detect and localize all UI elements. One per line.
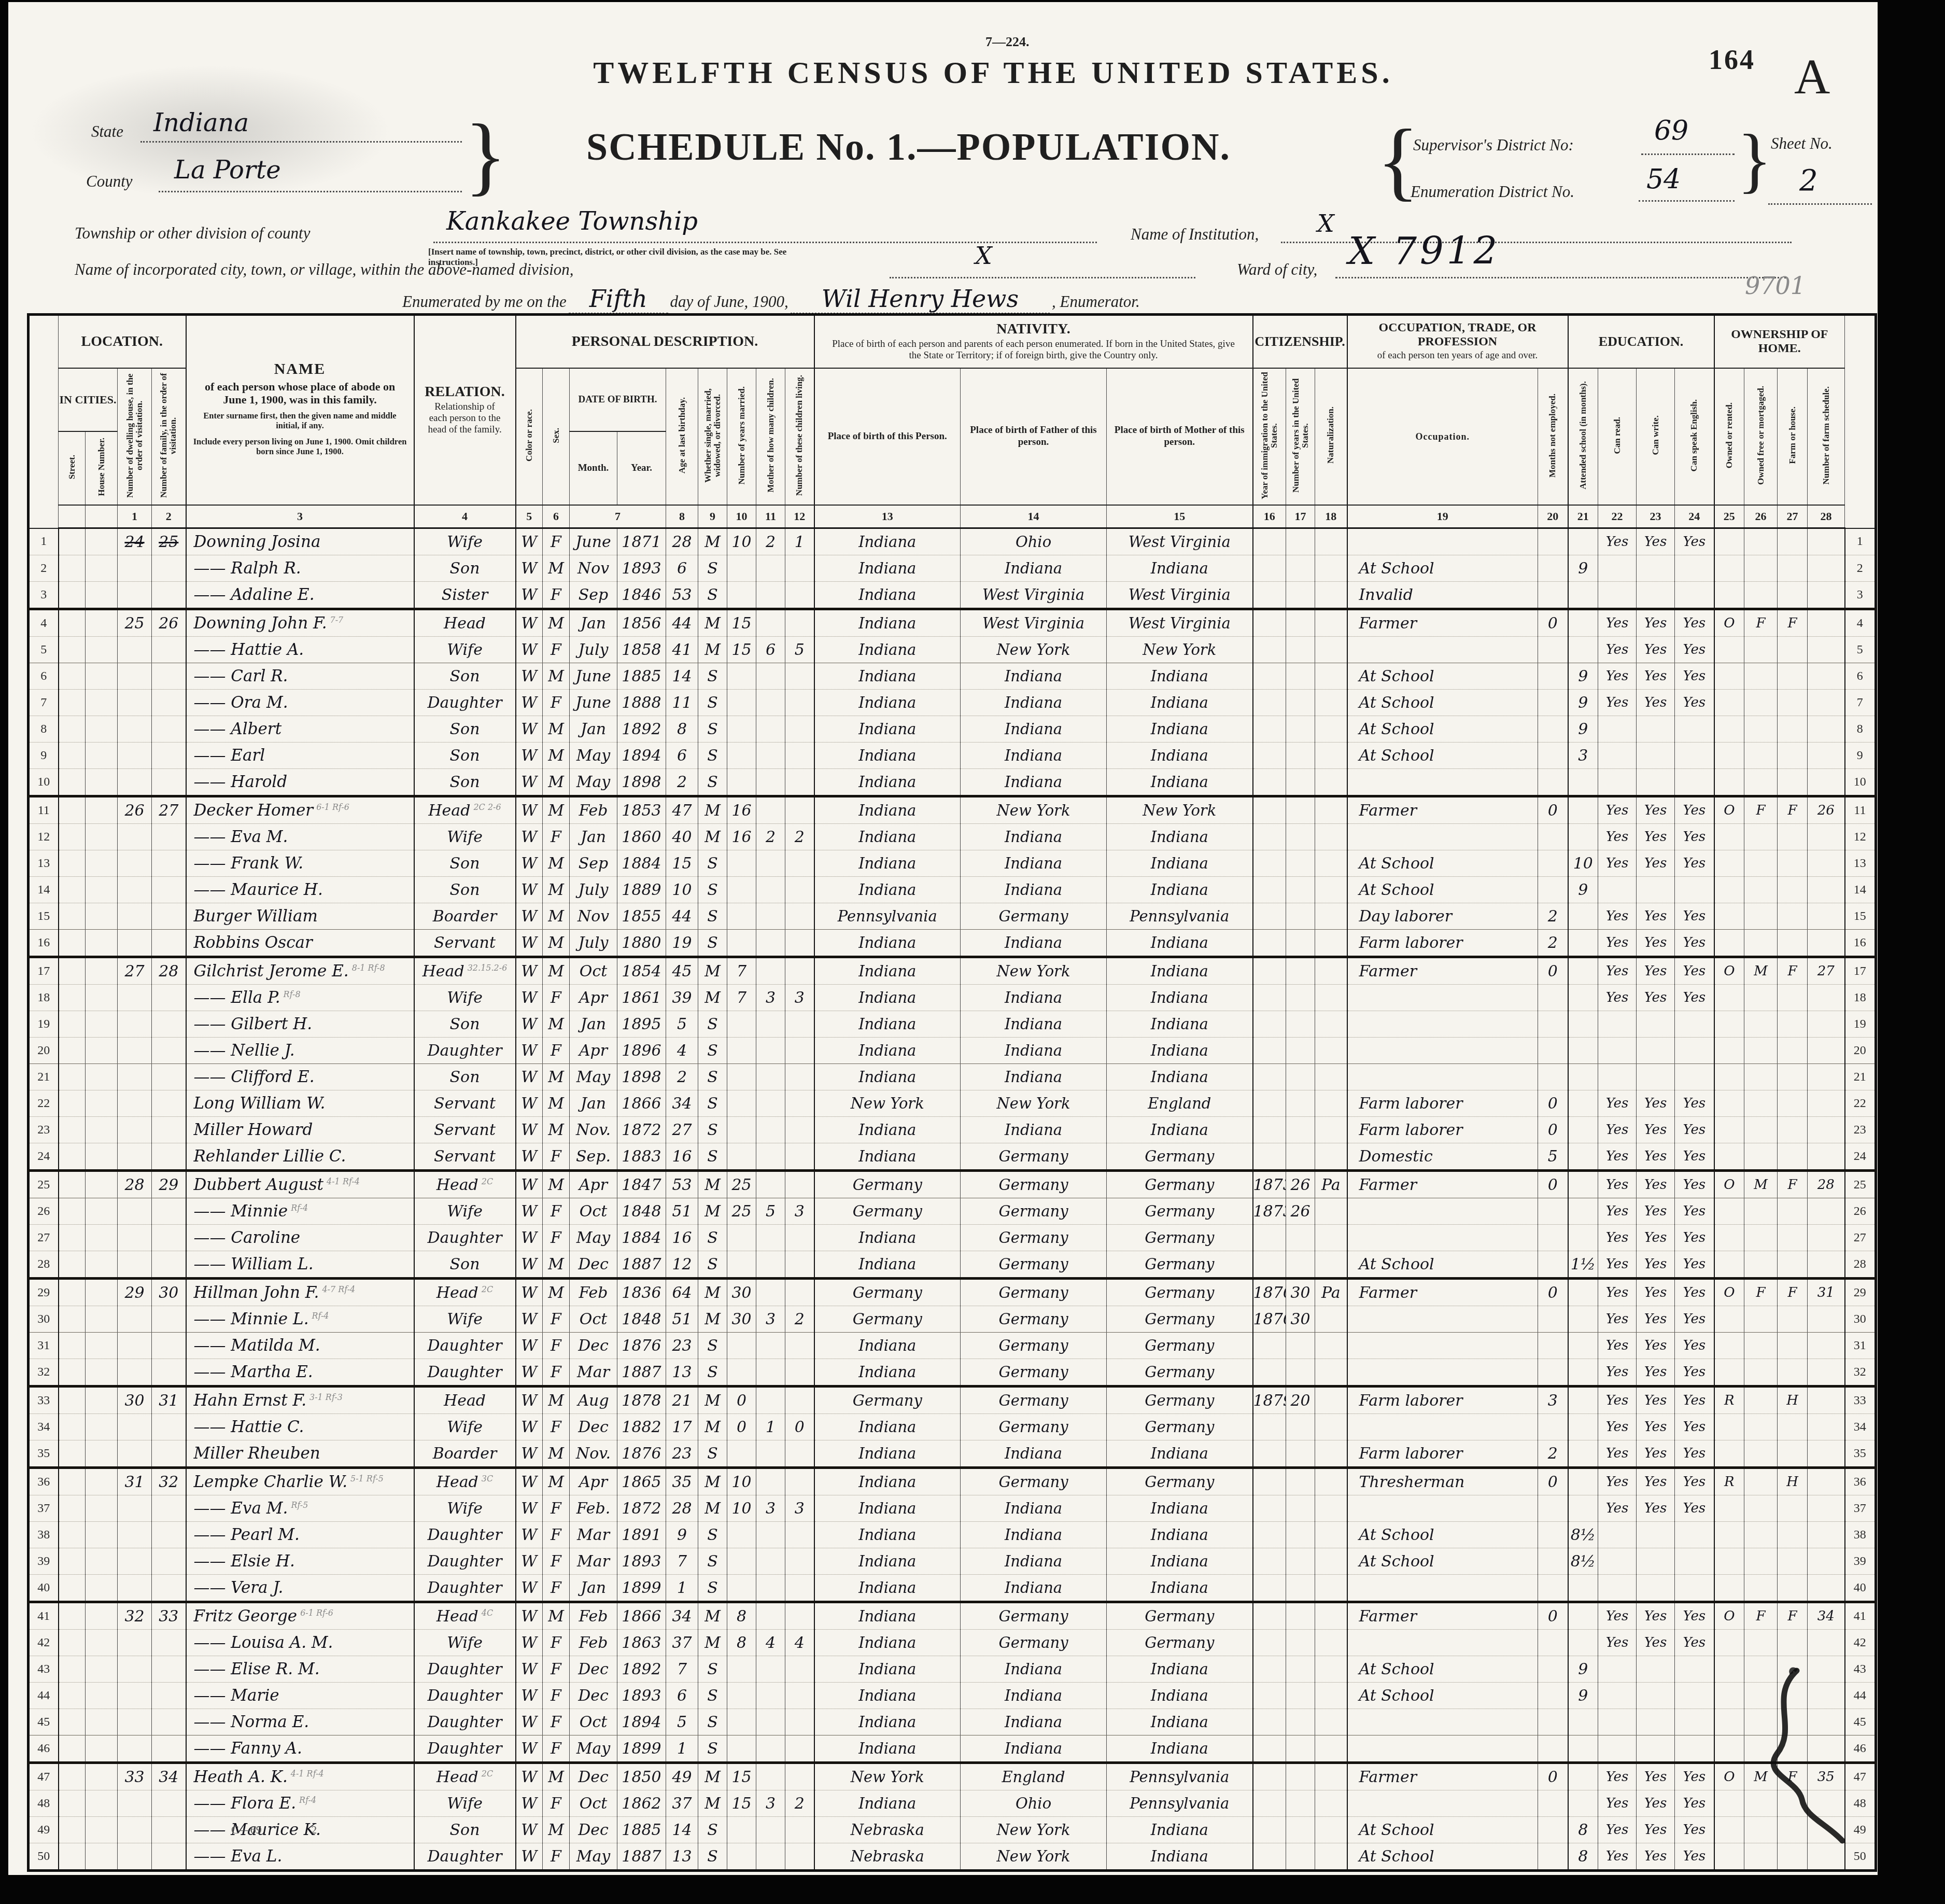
cell-can-speak-english: Yes <box>1675 1763 1714 1790</box>
col-write-label: Can write. <box>1637 368 1675 505</box>
person-name: Hillman John F. <box>194 1283 319 1302</box>
cell-sex: M <box>543 1090 570 1117</box>
cell-street <box>59 1548 86 1575</box>
cell-marital-status: S <box>698 1251 727 1279</box>
cell-attended-school <box>1568 1306 1598 1333</box>
col-pob-mother-label: Place of birth of Mother of this person. <box>1107 368 1253 505</box>
cell-attended-school <box>1568 1117 1598 1143</box>
cell-can-write <box>1637 1548 1675 1575</box>
cell-dwelling-number <box>118 985 152 1011</box>
cell-name: Fritz George6-1 Rf-6 <box>186 1602 414 1630</box>
table-row: 6—— Carl R.SonWMJune188514SIndianaIndian… <box>29 663 1876 690</box>
cell-occupation: Invalid <box>1347 582 1538 609</box>
cell-months-not-employed <box>1538 716 1568 743</box>
cell-relation: Servant <box>414 930 516 957</box>
row-number-right: 10 <box>1845 769 1876 796</box>
person-name: Hahn Ernst F. <box>194 1391 306 1410</box>
person-name: Gilchrist Jerome E. <box>194 962 349 981</box>
relation-value: Wife <box>447 1202 483 1221</box>
cell-years-married <box>727 1117 756 1143</box>
cell-farm-house <box>1778 1251 1808 1279</box>
cell-mother-of-children <box>756 1251 785 1279</box>
cell-years-in-us <box>1286 1656 1315 1683</box>
cell-birth-year: 1885 <box>617 1817 666 1843</box>
cell-house-number <box>86 769 118 796</box>
row-number-left: 49 <box>29 1817 59 1843</box>
table-row: 42526Downing John F.7-7HeadWMJan185644M1… <box>29 609 1876 637</box>
enumerated-line: Enumerated by me on the Fifth day of Jun… <box>402 285 1140 313</box>
relation-value: Daughter <box>428 1687 502 1705</box>
cell-can-read <box>1598 555 1637 582</box>
cell-sex: F <box>543 690 570 716</box>
cell-pob-father: Germany <box>961 1306 1107 1333</box>
cell-birth-year: 1899 <box>617 1735 666 1763</box>
cell-occupation <box>1347 1709 1538 1735</box>
cell-family-number <box>152 1843 186 1871</box>
cell-age: 17 <box>666 1414 698 1440</box>
cell-owned-rented <box>1714 1333 1744 1359</box>
cell-house-number <box>86 1225 118 1251</box>
cell-can-read: Yes <box>1598 957 1637 985</box>
cell-attended-school: 9 <box>1568 716 1598 743</box>
pencil-annotation: 3-1 Rf-3 <box>309 1392 343 1402</box>
cell-years-in-us <box>1286 1522 1315 1548</box>
cell-pob-mother: Indiana <box>1107 716 1253 743</box>
cell-occupation <box>1347 1630 1538 1656</box>
cell-relation: Wife <box>414 1306 516 1333</box>
cell-farm-house <box>1778 555 1808 582</box>
cell-color: W <box>516 1440 543 1468</box>
cell-naturalization <box>1315 1790 1347 1817</box>
cell-naturalization: Pa <box>1315 1171 1347 1198</box>
person-name: —— Vera J. <box>194 1578 284 1597</box>
cell-farm-house <box>1778 690 1808 716</box>
col-age-label: Age at last birthday. <box>666 368 698 505</box>
cell-family-number <box>152 743 186 769</box>
cell-years-married: 0 <box>727 1414 756 1440</box>
row-number-right: 3 <box>1845 582 1876 609</box>
cell-color: W <box>516 743 543 769</box>
cell-sex: F <box>543 1359 570 1387</box>
cell-family-number <box>152 1575 186 1602</box>
cell-free-mortgaged <box>1744 877 1778 903</box>
cell-naturalization <box>1315 1817 1347 1843</box>
cell-relation: Wife <box>414 528 516 555</box>
cell-dwelling-number <box>118 769 152 796</box>
cell-name: —— William L. <box>186 1251 414 1279</box>
cell-months-not-employed <box>1538 1306 1568 1333</box>
row-number-right: 24 <box>1845 1143 1876 1171</box>
cell-occupation <box>1347 985 1538 1011</box>
cell-family-number <box>152 1683 186 1709</box>
cell-name: —— Adaline E. <box>186 582 414 609</box>
cell-relation: Son <box>414 1251 516 1279</box>
cell-owned-rented <box>1714 690 1744 716</box>
cell-farm-schedule <box>1808 1038 1845 1064</box>
cell-color: W <box>516 769 543 796</box>
cell-name: —— Clifford E. <box>186 1064 414 1090</box>
cell-children-living <box>785 1468 814 1495</box>
cell-occupation: At School <box>1347 1251 1538 1279</box>
cell-can-read: Yes <box>1598 690 1637 716</box>
cell-can-write: Yes <box>1637 930 1675 957</box>
cell-can-speak-english <box>1675 1683 1714 1709</box>
cell-farm-house <box>1778 824 1808 850</box>
cell-owned-rented: O <box>1714 609 1744 637</box>
cell-pob-person: Indiana <box>814 1495 961 1522</box>
row-number-left: 36 <box>29 1468 59 1495</box>
person-name: —— Marie <box>194 1686 279 1705</box>
cell-mother-of-children <box>756 1225 785 1251</box>
cell-birth-year: 1892 <box>617 716 666 743</box>
cell-pob-father: Germany <box>961 1414 1107 1440</box>
cell-dwelling-number <box>118 743 152 769</box>
cell-birth-year: 1887 <box>617 1251 666 1279</box>
cell-immigration-year <box>1253 690 1286 716</box>
cell-relation: Daughter <box>414 1735 516 1763</box>
cell-farm-house <box>1778 1548 1808 1575</box>
cell-relation: Daughter <box>414 690 516 716</box>
cell-birth-year: 1892 <box>617 1656 666 1683</box>
cell-farm-schedule <box>1808 1440 1845 1468</box>
cell-free-mortgaged <box>1744 1333 1778 1359</box>
row-number-right: 9 <box>1845 743 1876 769</box>
cell-immigration-year <box>1253 903 1286 930</box>
cell-mother-of-children <box>756 850 785 877</box>
person-name: —— Eva M. <box>194 1499 288 1518</box>
cell-age: 47 <box>666 796 698 824</box>
cell-marital-status: S <box>698 1143 727 1171</box>
cell-name: —— Frank W. <box>186 850 414 877</box>
row-number-left: 27 <box>29 1225 59 1251</box>
cell-years-married <box>727 769 756 796</box>
cell-occupation <box>1347 1225 1538 1251</box>
cell-marital-status: S <box>698 1548 727 1575</box>
cell-street <box>59 1522 86 1548</box>
cell-pob-person: Indiana <box>814 637 961 663</box>
cell-attended-school: 3 <box>1568 743 1598 769</box>
cell-dwelling-number <box>118 1656 152 1683</box>
cell-children-living <box>785 1171 814 1198</box>
cell-dwelling-number: 28 <box>118 1171 152 1198</box>
cell-dwelling-number: 33 <box>118 1763 152 1790</box>
table-row: 31—— Matilda M.DaughterWFDec187623SIndia… <box>29 1333 1876 1359</box>
cell-pob-person: Indiana <box>814 1790 961 1817</box>
cell-children-living <box>785 1038 814 1064</box>
pencil-annotation: 3C <box>482 1474 493 1483</box>
cell-occupation: At School <box>1347 743 1538 769</box>
cell-marital-status: S <box>698 1522 727 1548</box>
supervisor-value: 69 <box>1654 115 1688 146</box>
cell-mother-of-children <box>756 930 785 957</box>
cell-can-read: Yes <box>1598 1468 1637 1495</box>
cell-marital-status: M <box>698 1602 727 1630</box>
cell-years-in-us <box>1286 903 1315 930</box>
cell-can-speak-english: Yes <box>1675 1630 1714 1656</box>
num-22: 22 <box>1598 505 1637 528</box>
cell-years-in-us: 20 <box>1286 1387 1315 1414</box>
cell-years-married <box>727 903 756 930</box>
relation-value: Head <box>422 962 464 981</box>
cell-free-mortgaged <box>1744 1359 1778 1387</box>
cell-sex: M <box>543 1440 570 1468</box>
row-number-left: 2 <box>29 555 59 582</box>
cell-children-living <box>785 1522 814 1548</box>
cell-street <box>59 824 86 850</box>
cell-age: 34 <box>666 1602 698 1630</box>
cell-occupation: At School <box>1347 690 1538 716</box>
cell-sex: F <box>543 1630 570 1656</box>
cell-pob-mother: Indiana <box>1107 1575 1253 1602</box>
cell-marital-status: S <box>698 582 727 609</box>
cell-can-read: Yes <box>1598 1279 1637 1306</box>
row-number-left: 24 <box>29 1143 59 1171</box>
cell-name: Downing Josina <box>186 528 414 555</box>
cell-attended-school: 9 <box>1568 1656 1598 1683</box>
cell-naturalization <box>1315 609 1347 637</box>
cell-free-mortgaged <box>1744 1414 1778 1440</box>
cell-pob-father: Indiana <box>961 930 1107 957</box>
cell-can-write: Yes <box>1637 1333 1675 1359</box>
cell-color: W <box>516 1038 543 1064</box>
cell-farm-schedule <box>1808 1064 1845 1090</box>
cell-years-in-us <box>1286 663 1315 690</box>
cell-immigration-year <box>1253 582 1286 609</box>
enumerated-suffix: , Enumerator. <box>1052 292 1140 311</box>
group-education: EDUCATION. <box>1568 315 1714 369</box>
row-number-left: 26 <box>29 1198 59 1225</box>
person-name: —— Fanny A. <box>194 1739 302 1758</box>
cell-years-in-us <box>1286 1548 1315 1575</box>
cell-birth-year: 1878 <box>617 1387 666 1414</box>
cell-occupation: Farmer <box>1347 1279 1538 1306</box>
cell-attended-school <box>1568 609 1598 637</box>
cell-house-number <box>86 1306 118 1333</box>
enumeration-value: 54 <box>1646 164 1681 195</box>
cell-attended-school <box>1568 796 1598 824</box>
relation-value: Daughter <box>428 1713 502 1731</box>
cell-free-mortgaged <box>1744 1225 1778 1251</box>
num-8: 8 <box>666 505 698 528</box>
cell-immigration-year <box>1253 850 1286 877</box>
cell-relation: Son <box>414 769 516 796</box>
cell-can-write <box>1637 1656 1675 1683</box>
cell-pob-person: Germany <box>814 1171 961 1198</box>
cell-dwelling-number: 24 <box>118 528 152 555</box>
cell-family-number: 25 <box>152 528 186 555</box>
cell-owned-rented <box>1714 1790 1744 1817</box>
cell-family-number <box>152 985 186 1011</box>
cell-age: 6 <box>666 1683 698 1709</box>
cell-sex: M <box>543 796 570 824</box>
cell-pob-person: Indiana <box>814 1064 961 1090</box>
cell-relation: Head2C <box>414 1279 516 1306</box>
cell-mother-of-children: 6 <box>756 637 785 663</box>
cell-birth-year: 1884 <box>617 1225 666 1251</box>
cell-color: W <box>516 1656 543 1683</box>
cell-house-number <box>86 903 118 930</box>
cell-age: 53 <box>666 1171 698 1198</box>
cell-birth-year: 1880 <box>617 930 666 957</box>
cell-relation: Daughter <box>414 1709 516 1735</box>
cell-pob-mother: Indiana <box>1107 1495 1253 1522</box>
cell-immigration-year <box>1253 1414 1286 1440</box>
cell-pob-father: West Virginia <box>961 609 1107 637</box>
cell-farm-house <box>1778 1522 1808 1548</box>
cell-attended-school <box>1568 1359 1598 1387</box>
cell-months-not-employed: 3 <box>1538 1387 1568 1414</box>
cell-attended-school <box>1568 957 1598 985</box>
state-label: State <box>91 122 123 141</box>
cell-age: 45 <box>666 957 698 985</box>
cell-naturalization <box>1315 528 1347 555</box>
cell-birth-year: 1863 <box>617 1630 666 1656</box>
name-note2: Include every person living on June 1, 1… <box>187 434 414 460</box>
enumerated-day: Fifth <box>569 285 668 314</box>
table-row: 50—— Eva L.DaughterWFMay188713SNebraskaN… <box>29 1843 1876 1871</box>
cell-pob-mother: Germany <box>1107 1198 1253 1225</box>
cell-years-in-us <box>1286 957 1315 985</box>
row-number-left: 34 <box>29 1414 59 1440</box>
cell-free-mortgaged <box>1744 903 1778 930</box>
cell-marital-status: S <box>698 1038 727 1064</box>
row-number-left: 31 <box>29 1333 59 1359</box>
cell-months-not-employed <box>1538 1843 1568 1871</box>
cell-farm-house <box>1778 877 1808 903</box>
cell-owned-rented <box>1714 582 1744 609</box>
cell-occupation: At School <box>1347 555 1538 582</box>
cell-years-married <box>727 930 756 957</box>
cell-marital-status: M <box>698 957 727 985</box>
cell-owned-rented: R <box>1714 1387 1744 1414</box>
cell-sex: M <box>543 957 570 985</box>
cell-pob-mother: Indiana <box>1107 1817 1253 1843</box>
cell-pob-person: Indiana <box>814 690 961 716</box>
relation-value: Son <box>450 667 480 685</box>
cell-farm-house <box>1778 528 1808 555</box>
cell-birth-month: Dec <box>570 1656 617 1683</box>
cell-occupation: Farm laborer <box>1347 930 1538 957</box>
cell-immigration-year <box>1253 1709 1286 1735</box>
cell-pob-mother: Indiana <box>1107 1011 1253 1038</box>
row-number-right: 33 <box>1845 1387 1876 1414</box>
cell-street <box>59 1171 86 1198</box>
cell-years-married <box>727 716 756 743</box>
cell-family-number <box>152 903 186 930</box>
cell-name: —— Fanny A. <box>186 1735 414 1763</box>
cell-can-write: Yes <box>1637 1843 1675 1871</box>
col-street-label: Street. <box>59 431 86 505</box>
cell-can-speak-english: Yes <box>1675 1387 1714 1414</box>
row-number-right: 16 <box>1845 930 1876 957</box>
cell-farm-house <box>1778 716 1808 743</box>
person-name: —— Eva M. <box>194 828 288 846</box>
cell-color: W <box>516 1359 543 1387</box>
pencil-annotation: Rf-4 <box>291 1203 308 1213</box>
cell-street <box>59 1090 86 1117</box>
cell-dwelling-number: 30 <box>118 1387 152 1414</box>
cell-relation: Son <box>414 743 516 769</box>
cell-naturalization <box>1315 957 1347 985</box>
cell-months-not-employed: 0 <box>1538 1763 1568 1790</box>
cell-birth-month: July <box>570 637 617 663</box>
cell-name: —— Pearl M. <box>186 1522 414 1548</box>
cell-children-living <box>785 716 814 743</box>
cell-farm-house <box>1778 637 1808 663</box>
cell-farm-schedule: 28 <box>1808 1171 1845 1198</box>
cell-color: W <box>516 1011 543 1038</box>
cell-street <box>59 1011 86 1038</box>
cell-attended-school <box>1568 1011 1598 1038</box>
person-name: —— Hattie A. <box>194 640 304 659</box>
cell-mother-of-children <box>756 716 785 743</box>
cell-can-write <box>1637 1735 1675 1763</box>
cell-family-number <box>152 1359 186 1387</box>
cell-can-write: Yes <box>1637 796 1675 824</box>
cell-street <box>59 1575 86 1602</box>
cell-free-mortgaged <box>1744 1117 1778 1143</box>
cell-children-living: 0 <box>785 1414 814 1440</box>
cell-farm-house <box>1778 1440 1808 1468</box>
cell-name: —— Elsie H. <box>186 1548 414 1575</box>
cell-street <box>59 1117 86 1143</box>
cell-relation: Daughter <box>414 1333 516 1359</box>
cell-sex: M <box>543 769 570 796</box>
relation-value: Daughter <box>428 1229 502 1247</box>
cell-relation: Daughter <box>414 1683 516 1709</box>
cell-can-speak-english: Yes <box>1675 796 1714 824</box>
cell-pob-father: Indiana <box>961 1038 1107 1064</box>
cell-name: —— Elise R. M. <box>186 1656 414 1683</box>
cell-can-read: Yes <box>1598 1359 1637 1387</box>
relation-value: Daughter <box>428 1552 502 1571</box>
cell-free-mortgaged <box>1744 769 1778 796</box>
cell-immigration-year: 1870 <box>1253 1279 1286 1306</box>
cell-can-read <box>1598 1038 1637 1064</box>
row-number-left: 43 <box>29 1656 59 1683</box>
cell-pob-father: Indiana <box>961 1495 1107 1522</box>
cell-street <box>59 1359 86 1387</box>
cell-farm-house <box>1778 1011 1808 1038</box>
cell-street <box>59 1414 86 1440</box>
cell-naturalization <box>1315 1306 1347 1333</box>
cell-owned-rented <box>1714 555 1744 582</box>
cell-children-living <box>785 769 814 796</box>
person-name: —— Ella P. <box>194 988 280 1007</box>
cell-can-speak-english: Yes <box>1675 1495 1714 1522</box>
col-pob-person-label: Place of birth of this Person. <box>814 368 961 505</box>
group-citizenship: CITIZENSHIP. <box>1253 315 1347 369</box>
cell-color: W <box>516 690 543 716</box>
cell-pob-mother: Germany <box>1107 1143 1253 1171</box>
cell-years-in-us <box>1286 1440 1315 1468</box>
cell-naturalization <box>1315 1630 1347 1656</box>
cell-age: 14 <box>666 1817 698 1843</box>
cell-birth-year: 1884 <box>617 850 666 877</box>
person-name: —— Albert <box>194 720 282 738</box>
cell-birth-year: 1848 <box>617 1198 666 1225</box>
cell-house-number <box>86 1414 118 1440</box>
cell-family-number <box>152 1064 186 1090</box>
cell-months-not-employed <box>1538 1333 1568 1359</box>
cell-free-mortgaged <box>1744 1709 1778 1735</box>
table-row: 172728Gilchrist Jerome E.8-1 Rf-8Head32.… <box>29 957 1876 985</box>
cell-can-speak-english <box>1675 1709 1714 1735</box>
cell-years-married: 30 <box>727 1306 756 1333</box>
cell-sex: M <box>543 1251 570 1279</box>
cell-occupation: Farm laborer <box>1347 1117 1538 1143</box>
cell-immigration-year <box>1253 957 1286 985</box>
